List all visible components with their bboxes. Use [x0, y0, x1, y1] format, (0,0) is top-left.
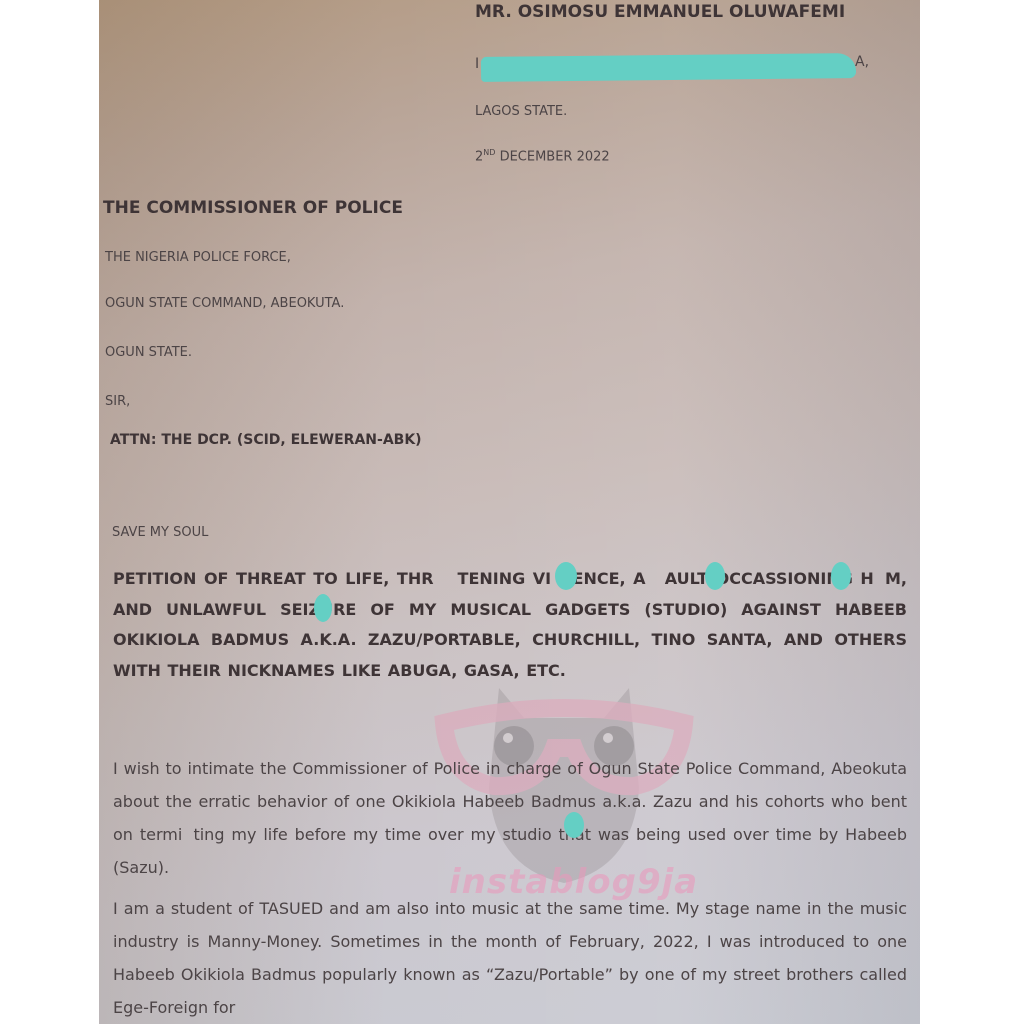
attention-line: ATTN: THE DCP. (SCID, ELEWERAN-ABK)	[110, 432, 422, 448]
redaction-blot	[831, 562, 851, 590]
address-visible-prefix: I	[475, 56, 479, 72]
recipient-line: OGUN STATE COMMAND, ABEOKUTA.	[105, 296, 344, 311]
recipient-title: THE COMMISSIONER OF POLICE	[103, 198, 403, 218]
address-redaction-mark	[481, 53, 856, 82]
redaction-blot	[705, 562, 725, 590]
redaction-blot	[555, 562, 577, 590]
redaction-blot	[564, 812, 584, 838]
date-rest: DECEMBER 2022	[495, 149, 609, 164]
date-suffix: ND	[483, 148, 495, 157]
recipient-line: OGUN STATE.	[105, 345, 192, 360]
redaction-blot	[314, 594, 332, 622]
body-paragraph: I am a student of TASUED and am also int…	[113, 892, 907, 1024]
address-visible-suffix: A,	[855, 54, 869, 70]
sender-name: MR. OSIMOSU EMMANUEL OLUWAFEMI	[475, 2, 845, 22]
body-paragraph: I wish to intimate the Commissioner of P…	[113, 752, 907, 884]
letter-page: MR. OSIMOSU EMMANUEL OLUWAFEMI I A, LAGO…	[99, 0, 920, 1024]
letter-date: 2ND DECEMBER 2022	[475, 148, 610, 164]
salutation: SIR,	[105, 394, 130, 409]
recipient-line: THE NIGERIA POLICE FORCE,	[105, 250, 291, 265]
sender-city: LAGOS STATE.	[475, 104, 567, 119]
heading-save-my-soul: SAVE MY SOUL	[112, 525, 208, 540]
petition-subject: PETITION OF THREAT TO LIFE, THR TENING V…	[113, 564, 907, 686]
